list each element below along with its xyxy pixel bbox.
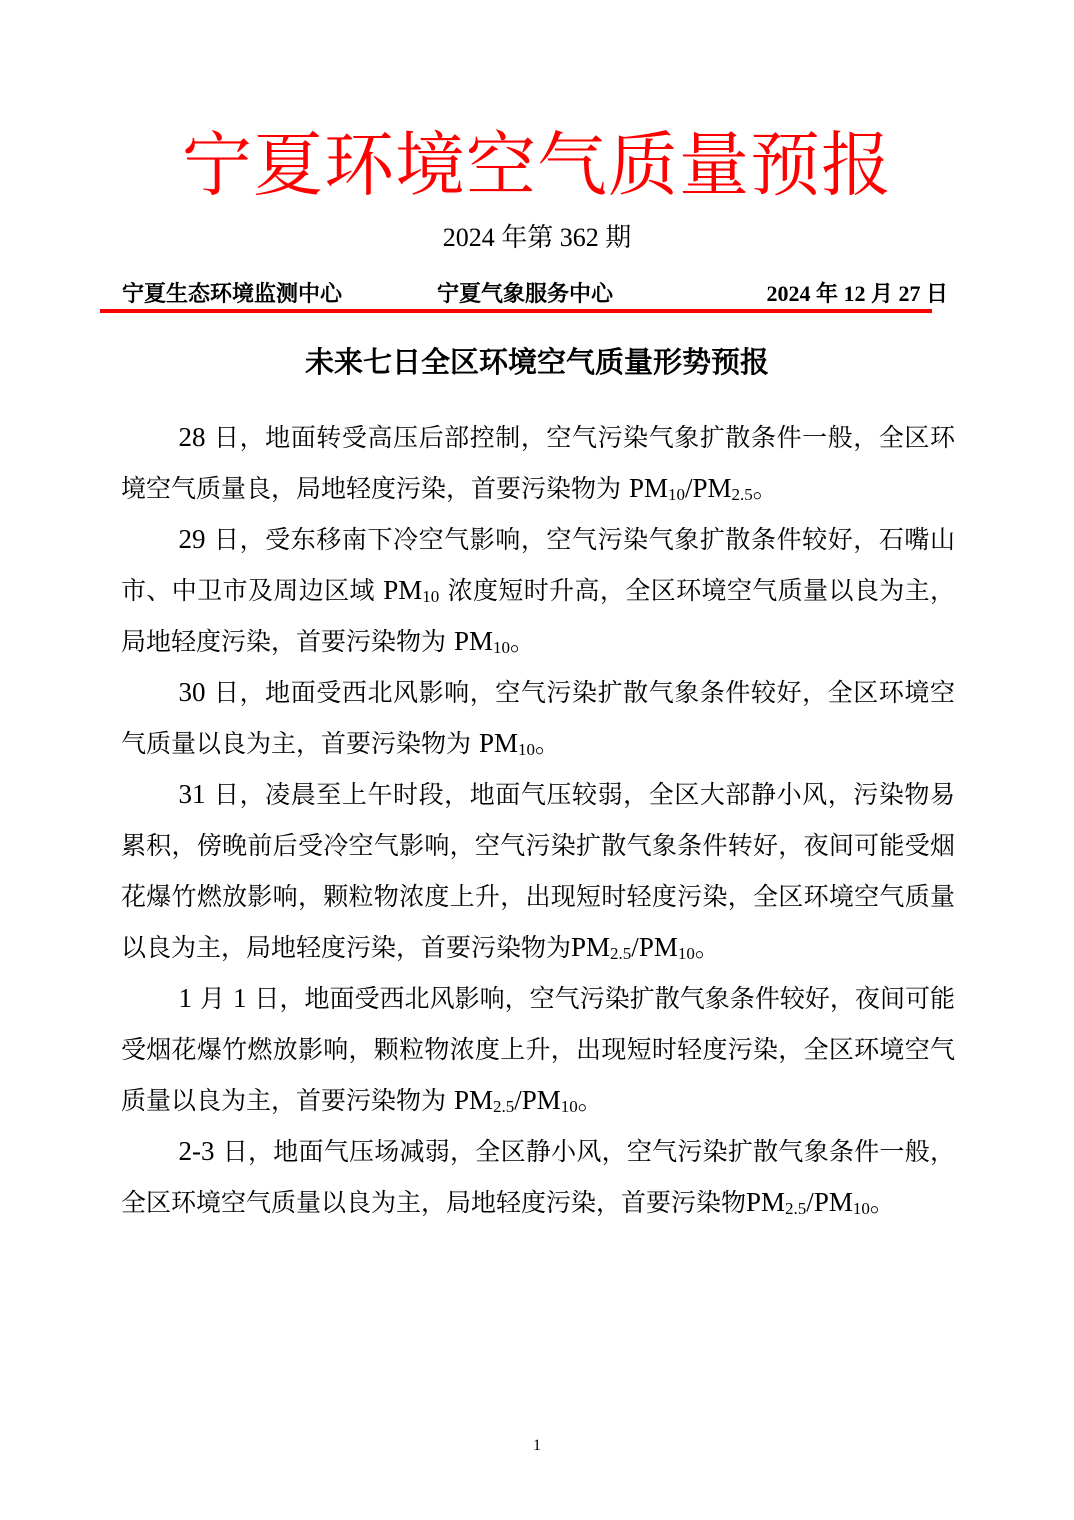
forecast-body: 28 日，地面转受高压后部控制，空气污染气象扩散条件一般，全区环境空气质量良，局… [121, 412, 955, 1228]
pollutant-subscript: 10 [518, 740, 535, 759]
day-label: 31 [179, 779, 206, 809]
pollutant-pm: PM [639, 932, 678, 962]
red-divider [100, 309, 932, 313]
pollutant-subscript: 10 [561, 1097, 578, 1116]
day-label: 29 [179, 524, 206, 554]
forecast-paragraph-jan-1: 1 月 1 日，地面受西北风影响，空气污染扩散气象条件较好，夜间可能受烟花爆竹燃… [121, 973, 955, 1126]
paragraph-end: 。 [695, 933, 720, 962]
pollutant-subscript: 10 [668, 485, 685, 504]
issuer-meteorology-center: 宁夏气象服务中心 [437, 278, 613, 310]
pollutant-pm: PM [383, 575, 422, 605]
paragraph-end: 。 [535, 729, 560, 758]
pollutant-pm: PM [454, 626, 493, 656]
month-label: 1 [179, 983, 193, 1013]
paragraph-text: 月 [192, 984, 233, 1013]
pollutant-pm: PM [814, 1187, 853, 1217]
pollutant-subscript: 10 [493, 638, 510, 657]
forecast-paragraph-31: 31 日，凌晨至上午时段，地面气压较弱，全区大部静小风，污染物易累积，傍晚前后受… [121, 769, 955, 973]
day-label: 2-3 [179, 1136, 215, 1166]
day-label: 1 [233, 983, 247, 1013]
day-label: 30 [179, 677, 206, 707]
pollutant-separator: / [685, 473, 693, 503]
pollutant-pm: PM [571, 932, 610, 962]
header-row: 宁夏生态环境监测中心 宁夏气象服务中心 2024 年 12 月 27 日 [122, 278, 948, 310]
forecast-paragraph-28: 28 日，地面转受高压后部控制，空气污染气象扩散条件一般，全区环境空气质量良，局… [121, 412, 955, 514]
forecast-paragraph-30: 30 日，地面受西北风影响，空气污染扩散气象条件较好，全区环境空气质量以良为主，… [121, 667, 955, 769]
forecast-paragraph-jan-2-3: 2-3 日，地面气压场减弱，全区静小风，空气污染扩散气象条件一般，全区环境空气质… [121, 1126, 955, 1228]
document-title: 宁夏环境空气质量预报 [0, 122, 1074, 208]
pollutant-pm: PM [693, 473, 732, 503]
pollutant-subscript: 2.5 [732, 485, 753, 504]
section-heading: 未来七日全区环境空气质量形势预报 [0, 342, 1074, 382]
pollutant-pm: PM [454, 1085, 493, 1115]
issuer-environment-center: 宁夏生态环境监测中心 [122, 278, 342, 310]
paragraph-text: 日，地面转受高压后部控制，空气污染气象扩散条件一般，全区环境空气质量良，局地轻度… [121, 423, 955, 503]
pollutant-separator: / [514, 1085, 522, 1115]
issue-date: 2024 年 12 月 27 日 [766, 278, 948, 310]
paragraph-text: 日，凌晨至上午时段，地面气压较弱，全区大部静小风，污染物易累积，傍晚前后受冷空气… [121, 780, 955, 962]
day-label: 28 [179, 422, 206, 452]
paragraph-end: 。 [578, 1086, 603, 1115]
pollutant-separator: / [631, 932, 639, 962]
paragraph-end: 。 [870, 1188, 895, 1217]
pollutant-subscript: 2.5 [610, 944, 631, 963]
pollutant-pm: PM [522, 1085, 561, 1115]
issue-number: 2024 年第 362 期 [0, 220, 1074, 256]
pollutant-subscript: 2.5 [785, 1199, 806, 1218]
pollutant-pm: PM [479, 728, 518, 758]
pollutant-subscript: 10 [422, 587, 439, 606]
pollutant-pm: PM [629, 473, 668, 503]
pollutant-subscript: 2.5 [493, 1097, 514, 1116]
pollutant-pm: PM [746, 1187, 785, 1217]
paragraph-end: 。 [753, 474, 778, 503]
pollutant-separator: / [806, 1187, 814, 1217]
forecast-paragraph-29: 29 日，受东移南下冷空气影响，空气污染气象扩散条件较好，石嘴山市、中卫市及周边… [121, 514, 955, 667]
page-number: 1 [0, 1436, 1074, 1456]
pollutant-subscript: 10 [853, 1199, 870, 1218]
pollutant-subscript: 10 [678, 944, 695, 963]
paragraph-end: 。 [510, 627, 535, 656]
